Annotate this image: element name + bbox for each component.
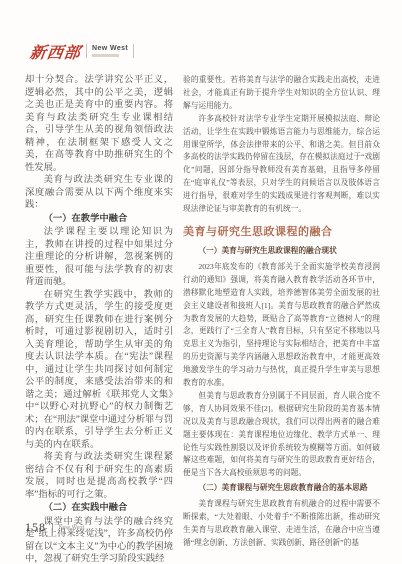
- journal-logo: 新西部 New West: [30, 39, 134, 63]
- logo-tagline-placeholder: [92, 54, 119, 57]
- page-footer: 158 New West: [25, 520, 85, 535]
- footer-divider: [52, 523, 53, 533]
- paragraph: 在研究生教学实践中，教师的教学方式更灵活，学生的接受度更高，研究生任课教师在进行…: [25, 289, 173, 452]
- footer-journal-name: New West: [59, 525, 85, 531]
- logo-divider: [133, 44, 134, 58]
- paragraph: 2023年底发布的《教育部关于全面实施学校美育浸润行动的通知》强调，将美育融入教…: [183, 261, 380, 390]
- paragraph: 法学课程主要以理论知识为主，教师在讲授的过程中如果过分注重理论的分析讲解，忽视案…: [25, 226, 173, 289]
- subheading: （一）美育与研究生思政课程的融合现状: [183, 245, 380, 258]
- subheading: （一）在教学中融合: [25, 213, 173, 226]
- subheading: （二）美育课程与研究生思政教育融合的基本思路: [183, 482, 380, 495]
- paragraph: 美育课程与研究生思政教育有机融合的过程中需要不断探索，“大处着眼、小处着手”不断…: [183, 498, 380, 550]
- paragraph: 但美育与思政教育分别属于不同层面，育人联合度不够，育人协同效果不佳[2]。根据研…: [183, 390, 380, 480]
- right-column: 验的重要性。若将美育与法学的融合实践走出高校，走进社会，才能真正有助于提升学生对…: [183, 74, 380, 550]
- paragraph: 许多高校针对法学专业学生定期开展模拟法庭、辩论活动，让学生在实践中锻炼语言能力与…: [183, 113, 380, 216]
- journal-page: 新西部 New West 却十分契合。法学讲究公平正义，逻辑必然，其中的公平之美…: [0, 0, 402, 564]
- subheading: （二）在实践中融合: [25, 502, 173, 515]
- section-title: 美育与研究生思政课程的融合: [183, 226, 380, 239]
- paragraph: 将美育与政法类研究生课程紧密结合不仅有利于研究生的高素质发展，同时也是提高高校教…: [25, 451, 173, 501]
- left-column: 却十分契合。法学讲究公平正义，逻辑必然，其中的公平之美，逻辑之美也正是美育中的重…: [25, 74, 173, 564]
- paragraph: 验的重要性。若将美育与法学的融合实践走出高校，走进社会，才能真正有助于提升学生对…: [183, 74, 380, 113]
- logo-english-block: New West: [92, 45, 128, 57]
- logo-chinese-brand: 新西部: [28, 40, 82, 63]
- paragraph: 却十分契合。法学讲究公平正义，逻辑必然，其中的公平之美，逻辑之美也正是美育中的重…: [25, 74, 173, 174]
- logo-divider: [86, 44, 87, 58]
- logo-english-brand: New West: [92, 45, 128, 52]
- page-number: 158: [25, 520, 46, 535]
- paragraph: 美育与政法类研究生专业课的深度融合需要从以下两个维度来实践：: [25, 174, 173, 212]
